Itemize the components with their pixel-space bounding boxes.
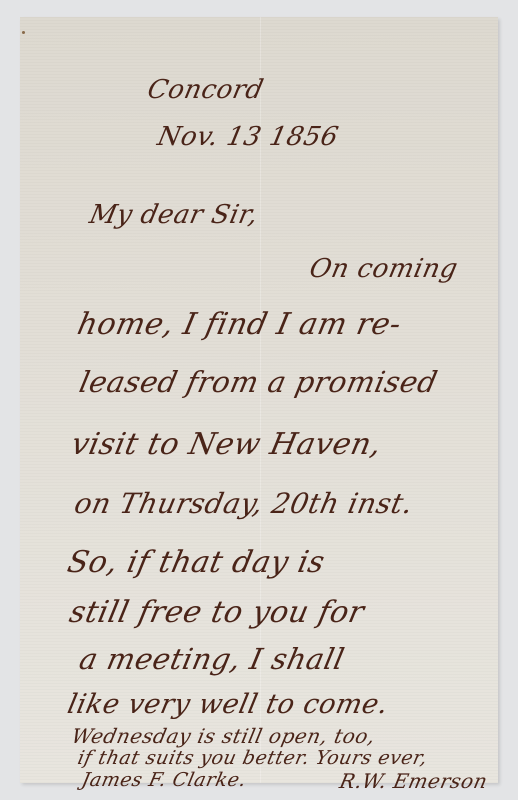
body-line-2: home, I find I am re-	[74, 307, 404, 342]
letter-signature: R.W. Emerson	[337, 769, 489, 793]
body-line-1: On coming	[307, 254, 461, 284]
body-line-10: Wednesday is still open, too,	[69, 724, 377, 748]
body-line-11: if that suits you better. Yours ever,	[76, 747, 430, 769]
letter-salutation: My dear Sir,	[87, 200, 261, 230]
body-line-9: like very well to come.	[65, 689, 391, 720]
body-line-6: So, if that day is	[64, 545, 328, 580]
letter-paper: Concord Nov. 13 1856 My dear Sir, On com…	[20, 17, 498, 783]
paper-spot	[22, 31, 25, 34]
letter-addressee: James F. Clarke.	[80, 769, 249, 791]
letter-place: Concord	[145, 75, 266, 105]
body-line-4: visit to New Haven,	[68, 427, 385, 462]
body-line-7: still free to you for	[66, 595, 367, 630]
letter-date: Nov. 13 1856	[155, 122, 341, 152]
body-line-8: a meeting, I shall	[76, 642, 347, 676]
body-line-5: on Thursday, 20th inst.	[71, 487, 416, 520]
body-line-3: leased from a promised	[76, 365, 440, 399]
